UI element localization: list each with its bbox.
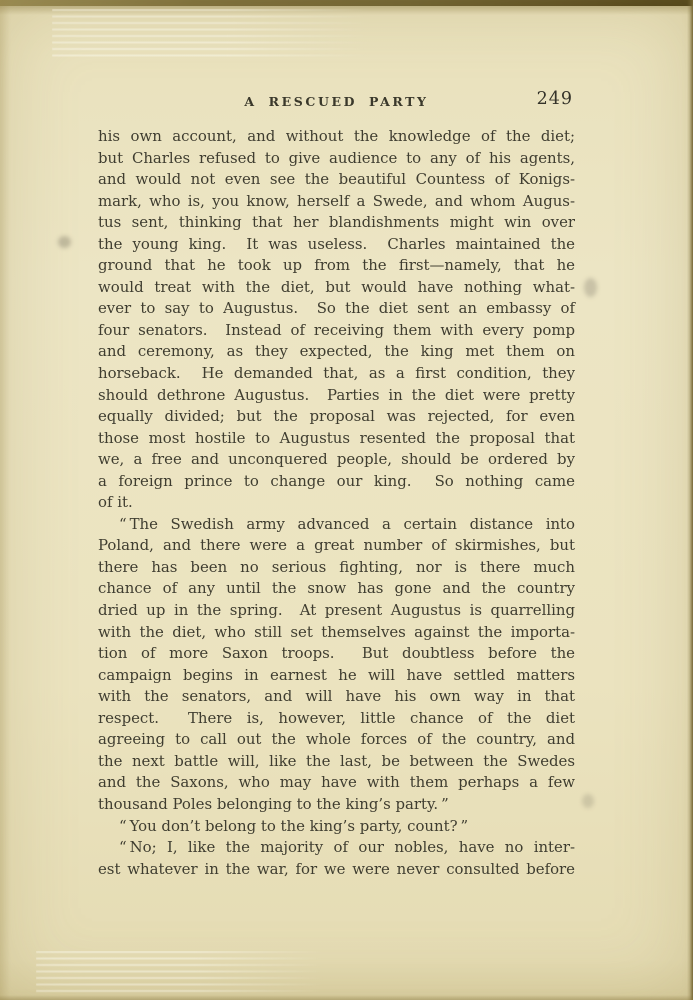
text-line: chance of any until the snow has gone an… (98, 578, 575, 600)
text-line: with the senators, and will have his own… (98, 686, 575, 708)
text-line: campaign begins in earnest he will have … (98, 665, 575, 687)
text-line: we, a free and unconquered people, shoul… (98, 449, 575, 471)
book-edge-bottom (0, 995, 693, 1000)
text-line: est whatever in the war, for we were nev… (98, 859, 575, 881)
text-line: a foreign prince to change our king. So … (98, 471, 575, 493)
text-line: respect. There is, however, little chanc… (98, 708, 575, 730)
text-line: four senators. Instead of receiving them… (98, 320, 575, 342)
text-line: the young king. It was useless. Charles … (98, 234, 575, 256)
text-line: horseback. He demanded that, as a first … (98, 363, 575, 385)
text-line: should dethrone Augustus. Parties in the… (98, 385, 575, 407)
text-line: thousand Poles belonging to the king’s p… (98, 794, 575, 816)
text-line: tus sent, thinking that her blandishment… (98, 212, 575, 234)
text-line: ground that he took up from the first—na… (98, 255, 575, 277)
text-line: “ The Swedish army advanced a certain di… (98, 514, 575, 536)
page-edge-stripes-bottom (36, 951, 324, 996)
text-line: Poland, and there were a great number of… (98, 535, 575, 557)
book-page: A RESCUED PARTY 249 his own account, and… (0, 0, 693, 1000)
book-edge-right (687, 0, 693, 1000)
text-line: ever to say to Augustus. So the diet sen… (98, 298, 575, 320)
text-line: his own account, and without the knowled… (98, 126, 575, 148)
book-edge-left (0, 0, 10, 1000)
running-header: A RESCUED PARTY (98, 94, 575, 109)
text-line: of it. (98, 492, 575, 514)
page-edge-stripes-top (52, 9, 370, 57)
text-line: with the diet, who still set themselves … (98, 622, 575, 644)
page-text: his own account, and without the knowled… (98, 126, 575, 880)
text-line: equally divided; but the proposal was re… (98, 406, 575, 428)
text-line: would treat with the diet, but would hav… (98, 277, 575, 299)
text-line: and ceremony, as they expected, the king… (98, 341, 575, 363)
scan-smudge (58, 236, 71, 248)
text-line: dried up in the spring. At present Augus… (98, 600, 575, 622)
text-line: mark, who is, you know, herself a Swede,… (98, 191, 575, 213)
text-line: the next battle will, like the last, be … (98, 751, 575, 773)
text-line: “ No; I, like the majority of our nobles… (98, 837, 575, 859)
text-line: there has been no serious fighting, nor … (98, 557, 575, 579)
text-line: agreeing to call out the whole forces of… (98, 729, 575, 751)
text-line: those most hostile to Augustus resented … (98, 428, 575, 450)
text-line: and the Saxons, who may have with them p… (98, 772, 575, 794)
scan-smudge (582, 794, 594, 808)
text-line: “ You don’t belong to the king’s party, … (98, 816, 575, 838)
text-line: tion of more Saxon troops. But doubtless… (98, 643, 575, 665)
page-header: A RESCUED PARTY 249 (98, 92, 575, 114)
page-number: 249 (537, 89, 573, 109)
text-line: but Charles refused to give audience to … (98, 148, 575, 170)
text-line: and would not even see the beautiful Cou… (98, 169, 575, 191)
scan-smudge (584, 278, 597, 297)
